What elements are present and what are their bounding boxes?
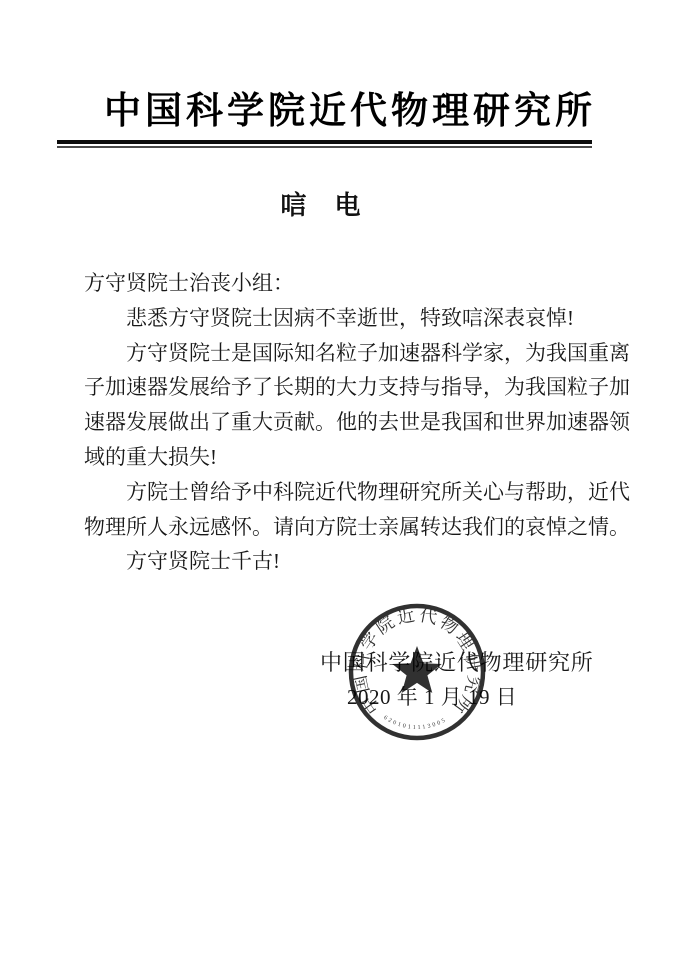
body-line: 物理所人永远感怀。请向方院士亲属转达我们的哀悼之情。 [84,510,636,545]
official-seal-stamp: 中国科学院近代物理研究所 6201011113005 [342,597,492,747]
body-line-salutation: 方守贤院士治丧小组： [84,266,636,301]
body-line: 方守贤院士是国际知名粒子加速器科学家，为我国重离 [84,336,636,371]
letterhead-org-name: 中国科学院近代物理研究所 [0,80,700,134]
letter-body: 方守贤院士治丧小组： 悲悉方守贤院士因病不幸逝世，特致唁深表哀悼! 方守贤院士是… [84,266,636,579]
letterhead-rule-thin [57,146,592,148]
body-line: 速器发展做出了重大贡献。他的去世是我国和世界加速器领 [84,405,636,440]
scanned-letter-page: 中国科学院近代物理研究所 唁 电 方守贤院士治丧小组： 悲悉方守贤院士因病不幸逝… [0,0,700,954]
body-line-closing: 方守贤院士千古! [84,544,636,579]
star-icon [392,646,441,693]
body-line: 方院士曾给予中科院近代物理研究所关心与帮助，近代 [84,475,636,510]
body-line: 子加速器发展给予了长期的大力支持与指导，为我国粒子加 [84,370,636,405]
body-line: 域的重大损失! [84,440,636,475]
body-line: 悲悉方守贤院士因病不幸逝世，特致唁深表哀悼! [84,301,636,336]
seal-code-text: 6201011113005 [382,715,447,731]
letterhead-rule [57,140,592,148]
letterhead-rule-thick [57,140,592,144]
document-title: 唁 电 [0,185,642,222]
